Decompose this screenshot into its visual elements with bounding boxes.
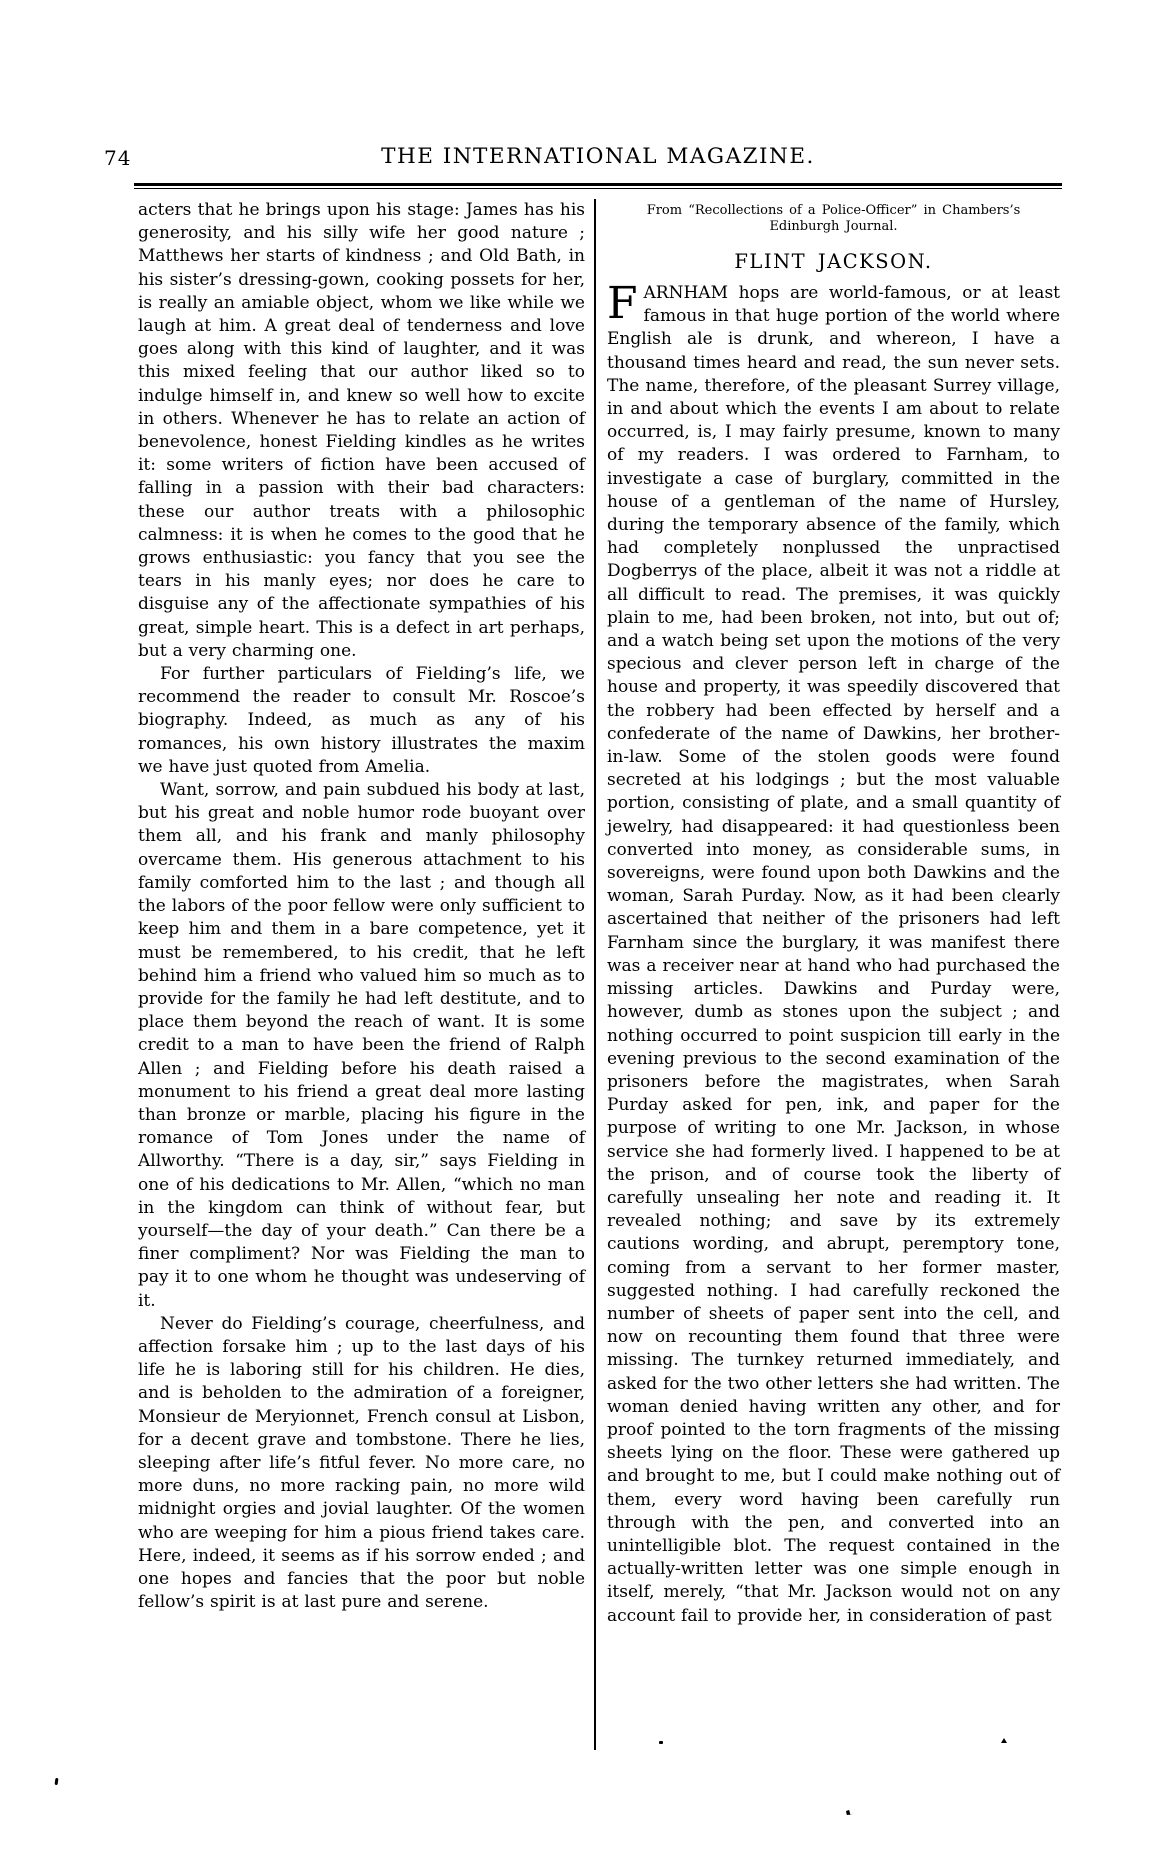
paragraph: Want, sorrow, and pain subdued his body … bbox=[138, 779, 585, 1313]
masthead-title: THE INTERNATIONAL MAGAZINE. bbox=[138, 144, 1058, 169]
header-rule bbox=[134, 183, 1062, 189]
source-attribution-line1: From “Recollections of a Police-Officer”… bbox=[647, 203, 1021, 218]
article-title: FLINT JACKSON. bbox=[607, 250, 1060, 273]
article-body-text: hops are world-famous, or at least famou… bbox=[607, 283, 1060, 1626]
paragraph: Never do Fielding’s courage, cheerfulnes… bbox=[138, 1313, 585, 1615]
paragraph: For further particulars of Fielding’s li… bbox=[138, 663, 585, 779]
magazine-page: 74 THE INTERNATIONAL MAGAZINE. acters th… bbox=[0, 0, 1152, 1875]
drop-cap-initial: F bbox=[607, 282, 644, 323]
text-columns: acters that he brings upon his stage: Ja… bbox=[138, 199, 1060, 1750]
lead-word-caps: ARNHAM bbox=[644, 283, 728, 303]
article-body-paragraph: FARNHAM hops are world-famous, or at lea… bbox=[607, 282, 1060, 1628]
source-attribution: From “Recollections of a Police-Officer”… bbox=[607, 203, 1060, 235]
paragraph-continuation: acters that he brings upon his stage: Ja… bbox=[138, 199, 585, 663]
ink-speck bbox=[846, 1810, 854, 1815]
ink-speck bbox=[659, 1741, 663, 1744]
source-attribution-line2: Edinburgh Journal. bbox=[769, 219, 897, 234]
column-divider-rule bbox=[594, 199, 596, 1750]
left-column: acters that he brings upon his stage: Ja… bbox=[138, 199, 585, 1750]
right-column: From “Recollections of a Police-Officer”… bbox=[607, 199, 1060, 1750]
ink-speck bbox=[55, 1778, 59, 1785]
page-number: 74 bbox=[104, 146, 131, 170]
